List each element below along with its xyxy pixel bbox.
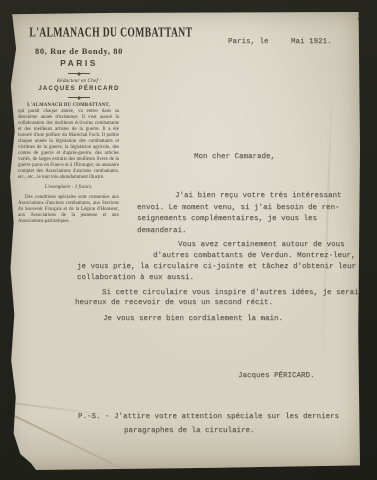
red-pencil-mark <box>357 14 364 20</box>
ornament-rule-bottom <box>68 97 90 98</box>
letter-paper: L'ALMANACH DU COMBATTANT 80, Rue de Bond… <box>8 12 360 470</box>
postscript-line: P.-S. - J'attire votre attention spécial… <box>78 413 339 422</box>
paper-crease <box>321 82 333 372</box>
letterhead-colophon: L'ALMANACH DU COMBATTANT, qui paraît cha… <box>18 103 119 225</box>
letterhead-title: L'ALMANACH DU COMBATTANT <box>29 23 128 40</box>
editor-name: JACQUES PÉRICARD <box>12 86 146 92</box>
body-line: je vous prie, la circulaire ci-jointe et… <box>77 263 356 272</box>
colophon-blurb: qui paraît chaque année, va entrer dans … <box>18 109 119 181</box>
body-line: d'autres combattants de Verdun. Montrez-… <box>153 252 356 261</box>
closing-line: Je vous serre bien cordialement la main. <box>103 315 283 324</box>
body-line: Vous avez certainement autour de vous <box>178 241 345 250</box>
scanned-letter: L'ALMANACH DU COMBATTANT 80, Rue de Bond… <box>0 0 377 480</box>
body-line: J'ai bien reçu votre très intéressant <box>175 192 342 201</box>
postscript-line: paragraphes de la circulaire. <box>124 427 255 436</box>
colophon-price: L'exemplaire : 3 francs. <box>18 185 119 191</box>
body-line: heureux de recevoir de vous un second ré… <box>75 299 273 308</box>
body-line: collaboration à eux aussi. <box>77 274 194 283</box>
salutation: Mon cher Camarade, <box>194 153 275 162</box>
body-line: demanderai. <box>137 227 187 236</box>
letterhead-city: PARIS <box>12 58 146 68</box>
letterhead: L'ALMANACH DU COMBATTANT 80, Rue de Bond… <box>12 24 146 98</box>
body-line: seignements complémentaires, je vous les <box>137 215 317 224</box>
colophon-conditions: Des conditions spéciales sont consenties… <box>18 195 119 225</box>
letterhead-address: 80, Rue de Bondy, 80 <box>12 46 146 56</box>
editor-label: Rédacteur en Chef : <box>12 78 146 84</box>
ornament-rule-top <box>68 73 90 74</box>
paper-crease <box>11 413 138 476</box>
signature: Jacques PÉRICARD. <box>238 372 315 381</box>
dateline: Paris, le Mai 1921. <box>228 38 332 47</box>
body-line: envoi. Le moment venu, si j'ai besoin de… <box>137 204 340 213</box>
body-line: Si cette circulaire vous inspire d'autre… <box>102 289 359 298</box>
